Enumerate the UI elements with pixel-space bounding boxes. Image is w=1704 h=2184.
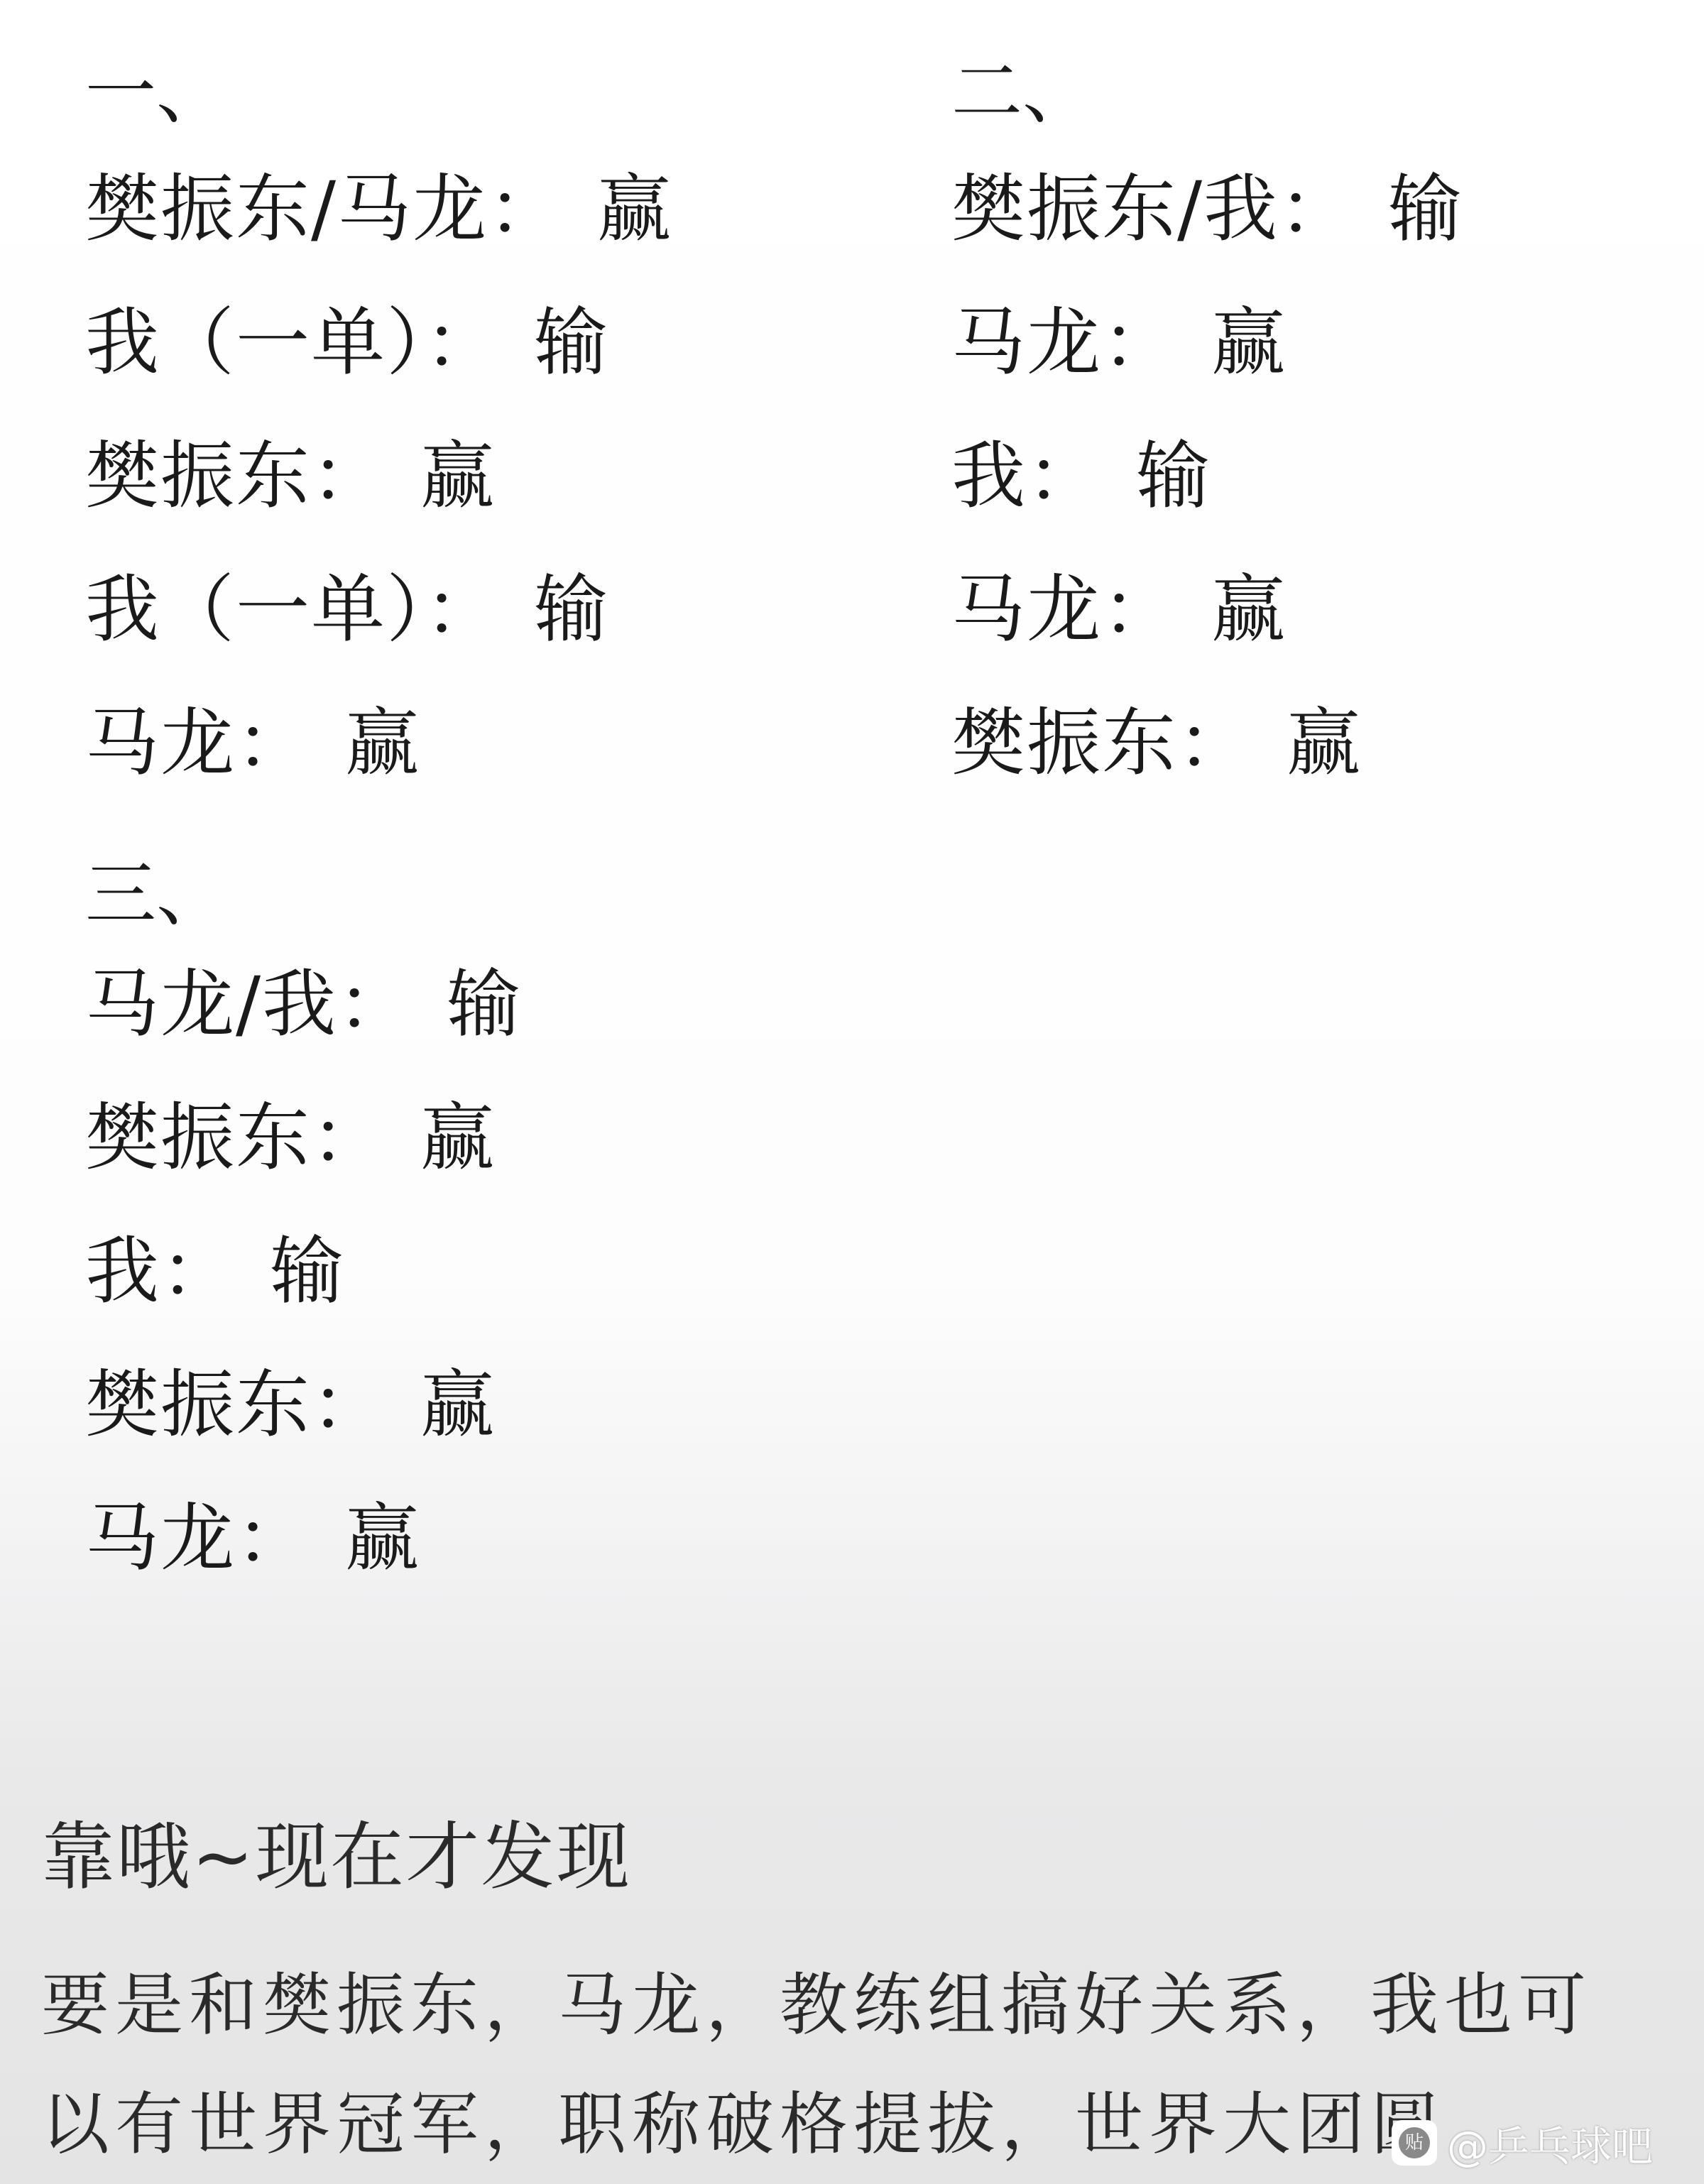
result-line: 马龙：赢	[951, 275, 1463, 409]
result-line: 我（一单）：输	[85, 542, 672, 676]
player-label: 我（一单）：	[85, 566, 500, 653]
comment-line: 要是和樊振东，马龙，教练组搞好关系，我也可	[41, 1945, 1674, 2065]
result-line: 樊振东：赢	[85, 1071, 522, 1204]
section-heading: 二、	[951, 43, 1463, 142]
match-result: 输	[1136, 432, 1211, 519]
section-heading: 一、	[85, 43, 672, 142]
match-result: 赢	[420, 432, 496, 519]
result-line: 我：输	[951, 409, 1463, 542]
watermark: 贴 @乒乓球吧	[1392, 2112, 1653, 2173]
result-line: 樊振东/马龙：赢	[85, 142, 672, 275]
match-result: 输	[270, 1228, 345, 1314]
player-label: 樊振东/马龙：	[85, 165, 563, 252]
player-label: 马龙：	[951, 299, 1177, 386]
tieba-glyph: 贴	[1399, 2127, 1430, 2158]
match-result: 赢	[1211, 566, 1287, 653]
player-label: 我：	[951, 432, 1102, 519]
player-label: 马龙：	[85, 699, 311, 786]
match-result: 赢	[345, 699, 420, 786]
result-line: 我（一单）：输	[85, 275, 672, 409]
comment-title: 靠哦~现在才发现	[41, 1803, 1674, 1910]
result-line: 我：输	[85, 1204, 522, 1338]
player-label: 樊振东：	[951, 699, 1252, 786]
match-result: 赢	[345, 1495, 420, 1581]
match-result: 输	[447, 961, 522, 1047]
player-label: 樊振东：	[85, 432, 386, 519]
player-label: 我：	[85, 1228, 236, 1314]
player-label: 马龙/我：	[85, 961, 413, 1047]
player-label: 樊振东/我：	[951, 165, 1354, 252]
match-result: 赢	[1211, 299, 1287, 386]
section-1: 一、 樊振东/马龙：赢 我（一单）：输 樊振东：赢 我（一单）：输 马龙：赢	[85, 43, 672, 809]
result-line: 马龙：赢	[951, 542, 1463, 676]
result-line: 樊振东：赢	[85, 409, 672, 542]
section-2: 二、 樊振东/我：输 马龙：赢 我：输 马龙：赢 樊振东：赢	[951, 43, 1463, 809]
player-label: 我（一单）：	[85, 299, 500, 386]
tieba-icon: 贴	[1392, 2120, 1437, 2166]
match-result: 赢	[1287, 699, 1362, 786]
section-heading: 三、	[85, 845, 522, 937]
player-label: 樊振东：	[85, 1094, 386, 1181]
match-result: 赢	[420, 1361, 496, 1448]
watermark-text: @乒乓球吧	[1447, 2113, 1653, 2173]
match-result: 赢	[420, 1094, 496, 1181]
match-result: 赢	[597, 165, 672, 252]
match-result: 输	[1388, 165, 1463, 252]
player-label: 樊振东：	[85, 1361, 386, 1448]
match-result: 输	[534, 566, 609, 653]
result-line: 樊振东：赢	[951, 676, 1463, 809]
player-label: 马龙：	[951, 566, 1177, 653]
result-line: 马龙/我：输	[85, 937, 522, 1071]
result-line: 樊振东：赢	[85, 1338, 522, 1471]
result-line: 樊振东/我：输	[951, 142, 1463, 275]
result-line: 马龙：赢	[85, 1471, 522, 1605]
section-3: 三、 马龙/我：输 樊振东：赢 我：输 樊振东：赢 马龙：赢	[85, 845, 522, 1605]
player-label: 马龙：	[85, 1495, 311, 1581]
match-result: 输	[534, 299, 609, 386]
result-line: 马龙：赢	[85, 676, 672, 809]
